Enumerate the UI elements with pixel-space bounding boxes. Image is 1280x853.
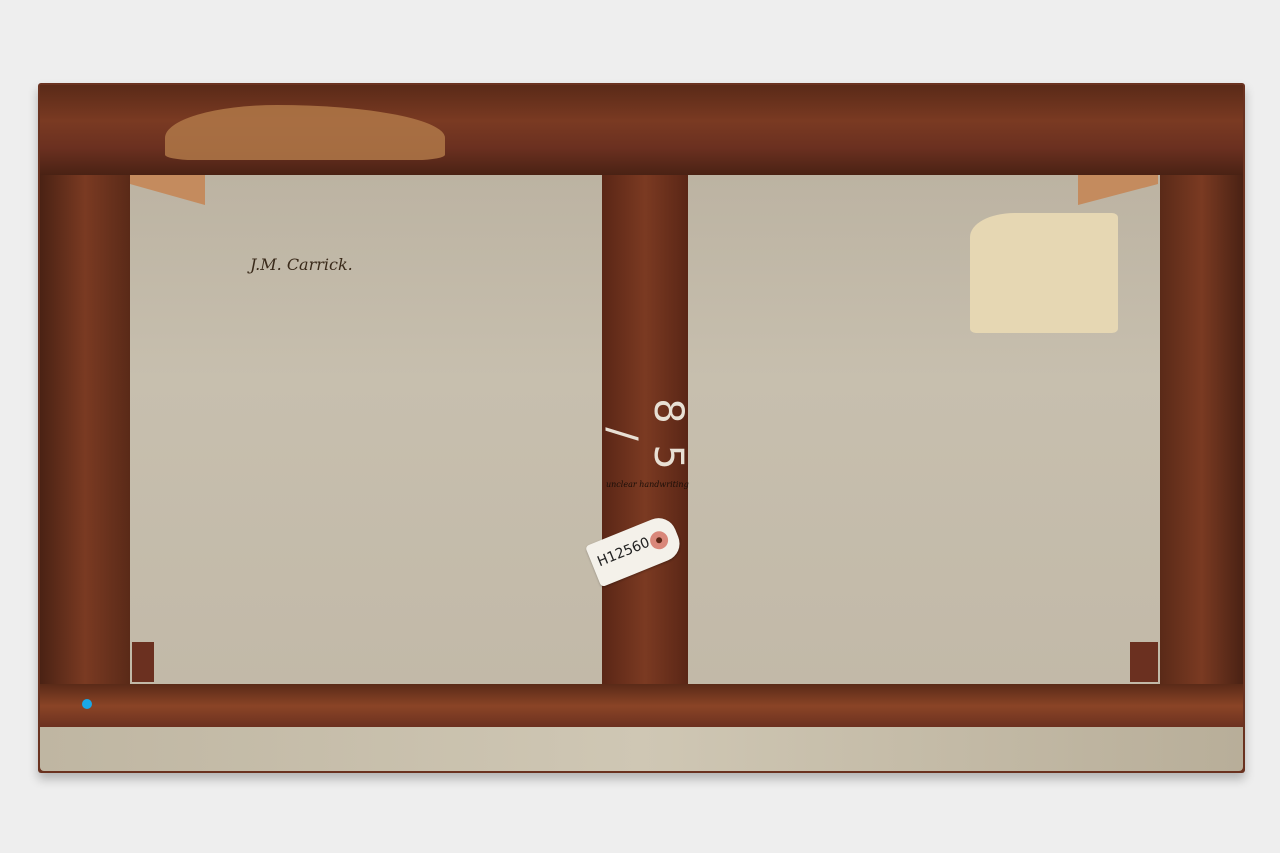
chalk-marks: 8 5 / (599, 391, 691, 481)
stretcher-right-rail (1160, 175, 1243, 685)
paper-label (970, 213, 1118, 333)
signature: J.M. Carrick. (250, 255, 353, 274)
bottom-strip (40, 727, 1243, 771)
canvas-back-left (130, 175, 602, 685)
corner-key-bottom-right (1130, 642, 1158, 682)
blue-dot-marker (82, 699, 92, 709)
stretcher-left-rail (40, 175, 130, 685)
ink-note: unclear handwriting (606, 480, 689, 489)
stretcher-bottom-rail (40, 684, 1243, 728)
tag-number: H12560. (595, 533, 656, 570)
corner-key-bottom-left (132, 642, 154, 682)
